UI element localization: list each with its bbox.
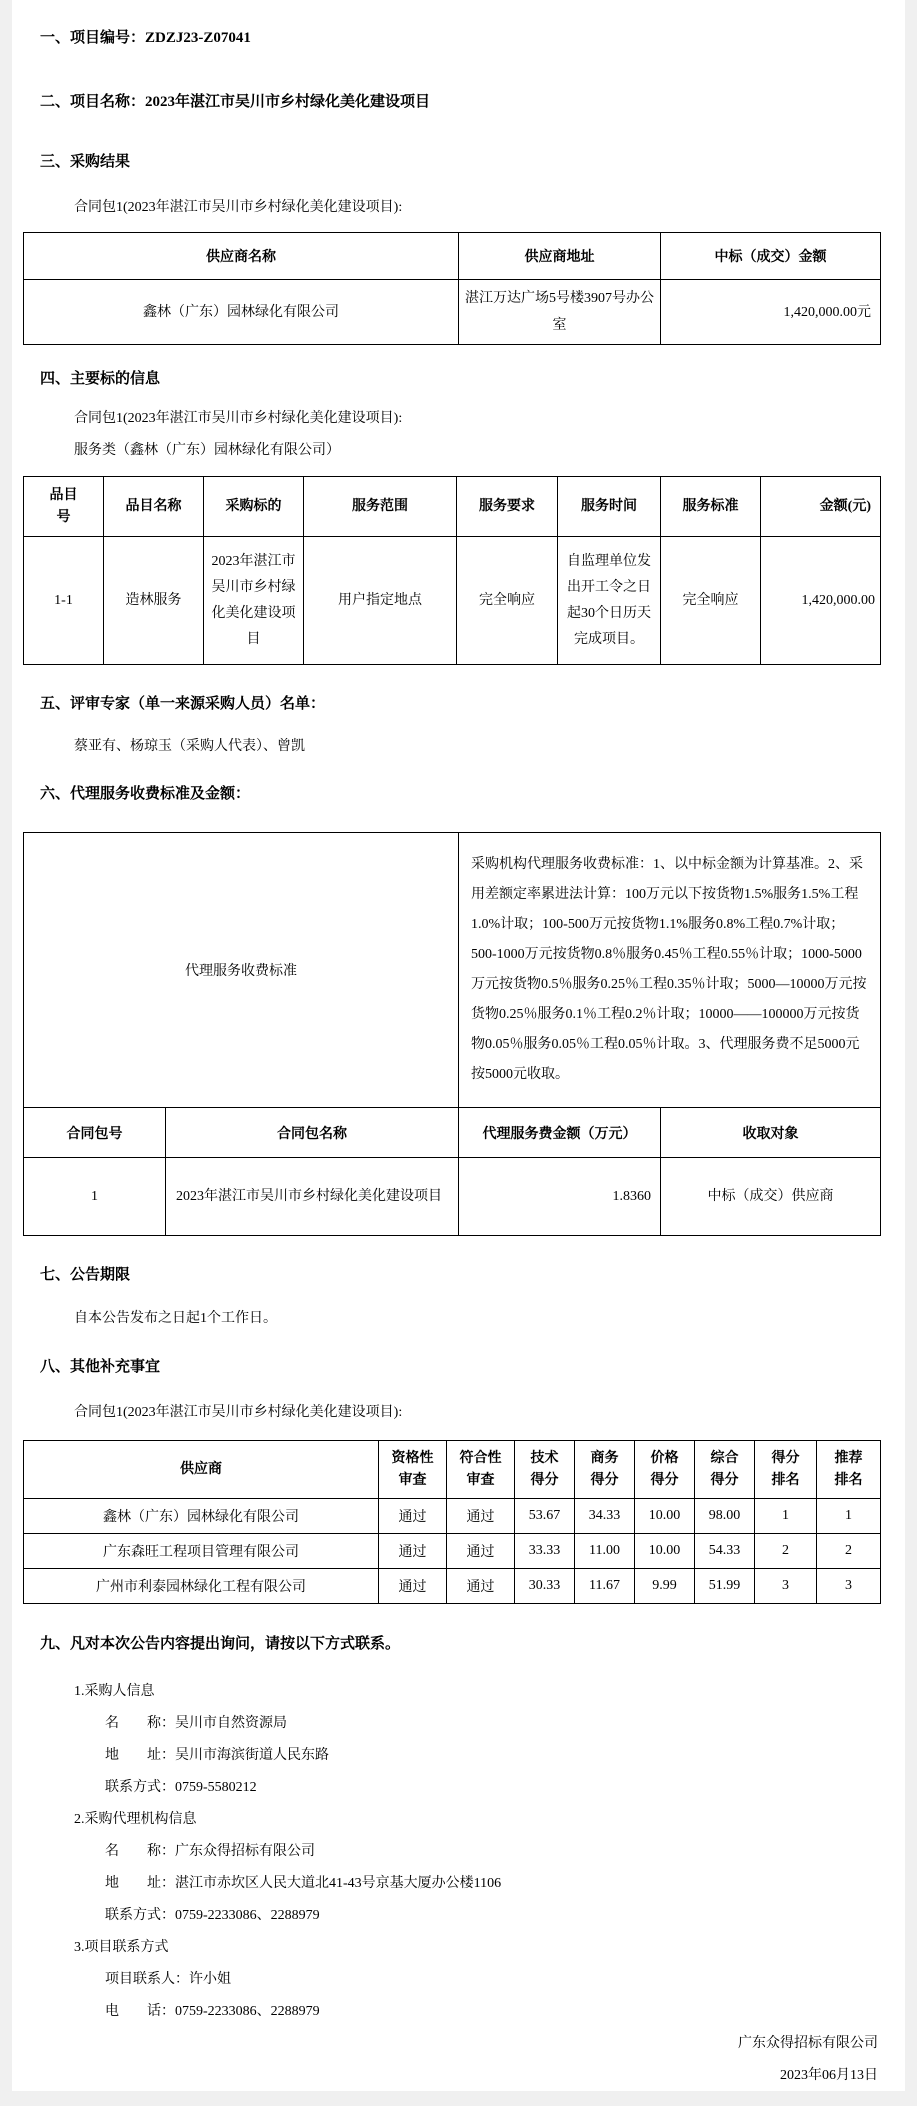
service-standard-header: 服务标准 <box>661 477 761 537</box>
supplier-address-header: 供应商地址 <box>459 233 661 280</box>
price-score-header: 价格 得分 <box>635 1441 695 1499</box>
score-rank-cell: 1 <box>755 1499 817 1534</box>
subject-category-label: 服务类（鑫林（广东）园林绿化有限公司） <box>74 441 905 461</box>
project-contact-title: 3.项目联系方式 <box>74 1938 905 1958</box>
fee-standard-row: 代理服务收费标准 采购机构代理服务收费标准：1、以中标金额为计算基准。2、采用差… <box>24 833 881 1108</box>
other-package-label: 合同包1(2023年湛江市吴川市乡村绿化美化建设项目): <box>74 1403 905 1423</box>
notice-period-heading: 七、公告期限 <box>40 1265 905 1285</box>
supplier-name-cell: 广东森旺工程项目管理有限公司 <box>24 1534 379 1569</box>
procurement-target-header: 采购标的 <box>204 477 304 537</box>
conformity-review-cell: 通过 <box>447 1569 515 1604</box>
contact-block: 1.采购人信息 名 称：吴川市自然资源局 地 址：吴川市海滨街道人民东路 联系方… <box>12 1682 905 2022</box>
technical-score-cell: 53.67 <box>515 1499 575 1534</box>
table-header-row: 品目 号 品目名称 采购标的 服务范围 服务要求 服务时间 服务标准 金额(元) <box>24 477 881 537</box>
conformity-review-cell: 通过 <box>447 1534 515 1569</box>
project-name-heading: 二、项目名称：2023年湛江市吴川市乡村绿化美化建设项目 <box>40 92 905 112</box>
project-number-heading: 一、项目编号：ZDZJ23-Z07041 <box>40 28 905 48</box>
supplier-name-cell: 广州市利泰园林绿化工程有限公司 <box>24 1569 379 1604</box>
purchaser-info-title: 1.采购人信息 <box>74 1682 905 1702</box>
total-score-cell: 51.99 <box>695 1569 755 1604</box>
total-score-cell: 98.00 <box>695 1499 755 1534</box>
announcement-page: 一、项目编号：ZDZJ23-Z07041 二、项目名称：2023年湛江市吴川市乡… <box>12 0 905 2091</box>
table-header-row: 供应商名称 供应商地址 中标（成交）金额 <box>24 233 881 280</box>
business-score-header: 商务 得分 <box>575 1441 635 1499</box>
total-score-header: 综合 得分 <box>695 1441 755 1499</box>
recommend-rank-header: 推荐 排名 <box>817 1441 881 1499</box>
service-scope-cell: 用户指定地点 <box>304 537 457 665</box>
table-row: 鑫林（广东）园林绿化有限公司 湛江万达广场5号楼3907号办公室 1,420,0… <box>24 280 881 345</box>
qualification-review-cell: 通过 <box>379 1499 447 1534</box>
supplier-name-cell: 鑫林（广东）园林绿化有限公司 <box>24 280 459 345</box>
agency-name: 名 称：广东众得招标有限公司 <box>105 1842 905 1862</box>
table-row: 1-1 造林服务 2023年湛江市吴川市乡村绿化美化建设项目 用户指定地点 完全… <box>24 537 881 665</box>
score-rank-cell: 2 <box>755 1534 817 1569</box>
purchaser-address: 地 址：吴川市海滨街道人民东路 <box>105 1746 905 1766</box>
amount-header: 金额(元) <box>761 477 881 537</box>
fee-payer-header: 收取对象 <box>661 1108 881 1158</box>
service-time-cell: 自监理单位发出开工令之日起30个日历天完成项目。 <box>558 537 661 665</box>
total-score-cell: 54.33 <box>695 1534 755 1569</box>
table-row: 广州市利泰园林绿化工程有限公司 通过 通过 30.33 11.67 9.99 5… <box>24 1569 881 1604</box>
subject-info-table: 品目 号 品目名称 采购标的 服务范围 服务要求 服务时间 服务标准 金额(元)… <box>23 476 881 665</box>
purchaser-phone: 联系方式：0759-5580212 <box>105 1778 905 1798</box>
item-no-cell: 1-1 <box>24 537 104 665</box>
award-amount-cell: 1,420,000.00元 <box>661 280 881 345</box>
result-package-label: 合同包1(2023年湛江市吴川市乡村绿化美化建设项目): <box>74 198 905 218</box>
procurement-result-heading: 三、采购结果 <box>40 152 905 172</box>
supplier-score-table: 供应商 资格性 审查 符合性 审查 技术 得分 商务 得分 价格 得分 综合 得… <box>23 1440 881 1604</box>
qualification-review-cell: 通过 <box>379 1534 447 1569</box>
fee-amount-header: 代理服务费金额（万元） <box>459 1108 661 1158</box>
item-no-header: 品目 号 <box>24 477 104 537</box>
experts-heading: 五、评审专家（单一来源采购人员）名单： <box>40 694 905 714</box>
service-scope-header: 服务范围 <box>304 477 457 537</box>
subject-package-label: 合同包1(2023年湛江市吴川市乡村绿化美化建设项目): <box>74 409 905 429</box>
agency-phone: 联系方式：0759-2233086、2288979 <box>105 1906 905 1926</box>
package-name-cell: 2023年湛江市吴川市乡村绿化美化建设项目 <box>166 1158 459 1236</box>
subject-info-heading: 四、主要标的信息 <box>40 369 905 389</box>
price-score-cell: 10.00 <box>635 1499 695 1534</box>
fee-standard-text-cell: 采购机构代理服务收费标准：1、以中标金额为计算基准。2、采用差额定率累进法计算：… <box>459 833 881 1108</box>
price-score-cell: 9.99 <box>635 1569 695 1604</box>
table-row: 1 2023年湛江市吴川市乡村绿化美化建设项目 1.8360 中标（成交）供应商 <box>24 1158 881 1236</box>
table-header-row: 供应商 资格性 审查 符合性 审查 技术 得分 商务 得分 价格 得分 综合 得… <box>24 1441 881 1499</box>
footer-company: 广东众得招标有限公司 <box>12 2034 878 2054</box>
recommend-rank-cell: 2 <box>817 1534 881 1569</box>
business-score-cell: 34.33 <box>575 1499 635 1534</box>
supplier-header: 供应商 <box>24 1441 379 1499</box>
package-no-header: 合同包号 <box>24 1108 166 1158</box>
qualification-review-cell: 通过 <box>379 1569 447 1604</box>
item-name-header: 品目名称 <box>104 477 204 537</box>
amount-cell: 1,420,000.00 <box>761 537 881 665</box>
project-contact-phone: 电 话：0759-2233086、2288979 <box>105 2002 905 2022</box>
score-rank-cell: 3 <box>755 1569 817 1604</box>
package-no-cell: 1 <box>24 1158 166 1236</box>
project-contact-person: 项目联系人：许小姐 <box>105 1970 905 1990</box>
procurement-target-cell: 2023年湛江市吴川市乡村绿化美化建设项目 <box>204 537 304 665</box>
service-requirement-header: 服务要求 <box>457 477 558 537</box>
fee-standard-label-cell: 代理服务收费标准 <box>24 833 459 1108</box>
business-score-cell: 11.67 <box>575 1569 635 1604</box>
service-requirement-cell: 完全响应 <box>457 537 558 665</box>
technical-score-cell: 33.33 <box>515 1534 575 1569</box>
experts-names: 蔡亚有、杨琼玉（采购人代表）、曾凯 <box>74 737 905 757</box>
business-score-cell: 11.00 <box>575 1534 635 1569</box>
supplier-name-cell: 鑫林（广东）园林绿化有限公司 <box>24 1499 379 1534</box>
supplier-name-header: 供应商名称 <box>24 233 459 280</box>
other-matters-heading: 八、其他补充事宜 <box>40 1357 905 1377</box>
service-standard-cell: 完全响应 <box>661 537 761 665</box>
agency-info-title: 2.采购代理机构信息 <box>74 1810 905 1830</box>
package-name-header: 合同包名称 <box>166 1108 459 1158</box>
technical-score-header: 技术 得分 <box>515 1441 575 1499</box>
agency-fee-heading: 六、代理服务收费标准及金额： <box>40 784 905 804</box>
table-header-row: 合同包号 合同包名称 代理服务费金额（万元） 收取对象 <box>24 1108 881 1158</box>
notice-period-text: 自本公告发布之日起1个工作日。 <box>74 1309 905 1329</box>
conformity-review-cell: 通过 <box>447 1499 515 1534</box>
footer-date: 2023年06月13日 <box>12 2066 878 2086</box>
item-name-cell: 造林服务 <box>104 537 204 665</box>
recommend-rank-cell: 3 <box>817 1569 881 1604</box>
supplier-address-cell: 湛江万达广场5号楼3907号办公室 <box>459 280 661 345</box>
score-rank-header: 得分 排名 <box>755 1441 817 1499</box>
procurement-result-table: 供应商名称 供应商地址 中标（成交）金额 鑫林（广东）园林绿化有限公司 湛江万达… <box>23 232 881 345</box>
fee-payer-cell: 中标（成交）供应商 <box>661 1158 881 1236</box>
table-row: 鑫林（广东）园林绿化有限公司 通过 通过 53.67 34.33 10.00 9… <box>24 1499 881 1534</box>
agency-address: 地 址：湛江市赤坎区人民大道北41-43号京基大厦办公楼1106 <box>105 1874 905 1894</box>
fee-amount-cell: 1.8360 <box>459 1158 661 1236</box>
price-score-cell: 10.00 <box>635 1534 695 1569</box>
table-row: 广东森旺工程项目管理有限公司 通过 通过 33.33 11.00 10.00 5… <box>24 1534 881 1569</box>
award-amount-header: 中标（成交）金额 <box>661 233 881 280</box>
contact-heading: 九、凡对本次公告内容提出询问，请按以下方式联系。 <box>40 1634 905 1654</box>
conformity-review-header: 符合性 审查 <box>447 1441 515 1499</box>
technical-score-cell: 30.33 <box>515 1569 575 1604</box>
agency-fee-table: 代理服务收费标准 采购机构代理服务收费标准：1、以中标金额为计算基准。2、采用差… <box>23 832 881 1236</box>
qualification-review-header: 资格性 审查 <box>379 1441 447 1499</box>
service-time-header: 服务时间 <box>558 477 661 537</box>
recommend-rank-cell: 1 <box>817 1499 881 1534</box>
purchaser-name: 名 称：吴川市自然资源局 <box>105 1714 905 1734</box>
